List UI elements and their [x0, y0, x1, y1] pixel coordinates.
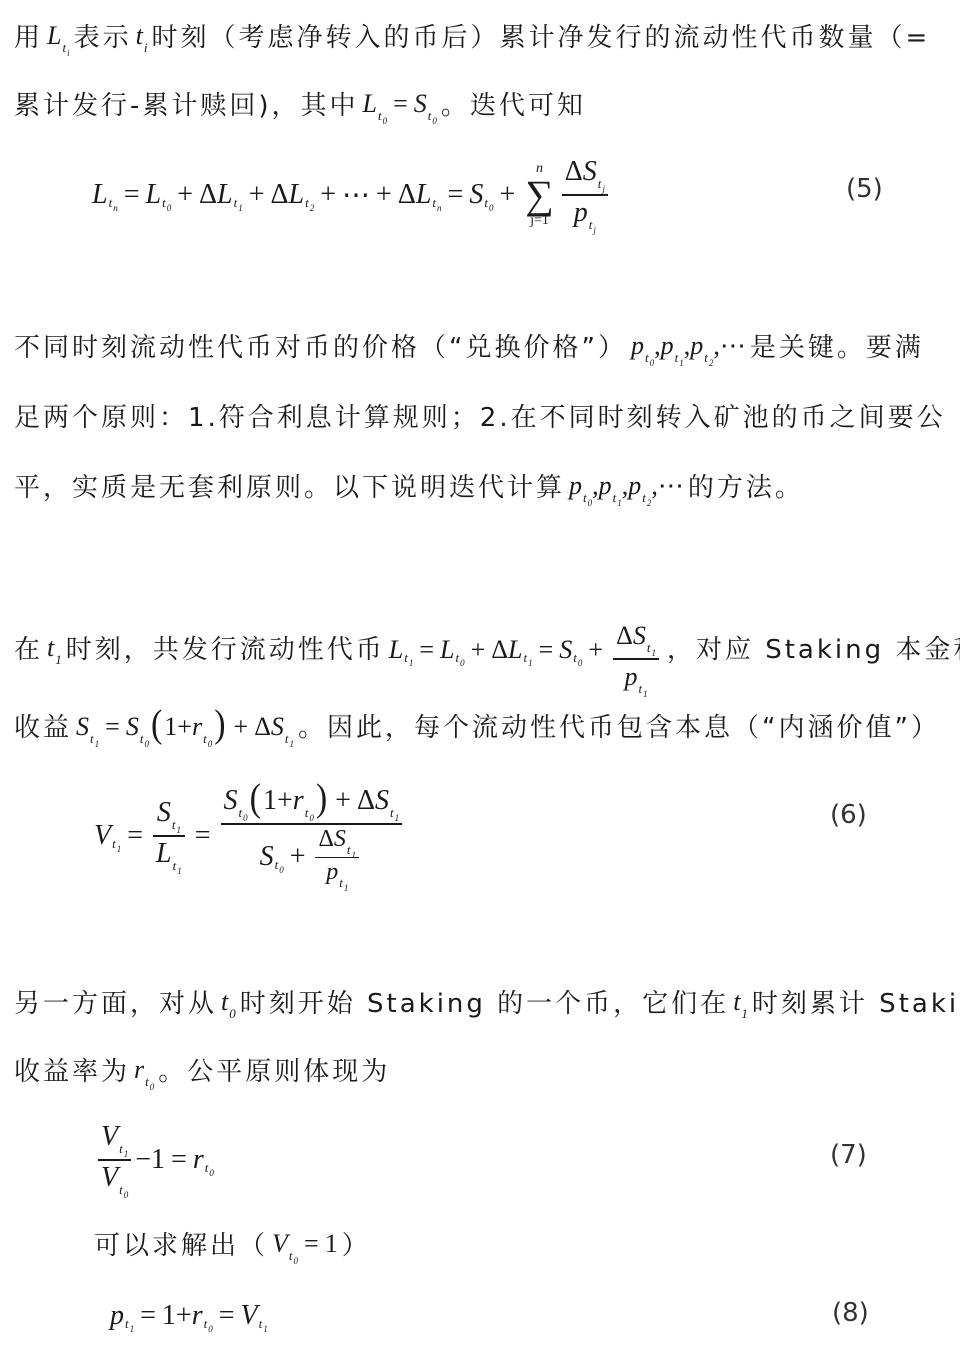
p4-line2: 收益率为 rt0 。公平原则体现为 — [14, 1054, 946, 1090]
math-L-ti: Lti — [47, 18, 70, 59]
math-S-t1: St1 = St0 (1+rt0) + ΔSt1 — [76, 707, 294, 750]
p3-line2: 收益 St1 = St0 (1+rt0) + ΔSt1 。因此，每个流动性代币包… — [14, 710, 946, 746]
math-p-sequence: pt0, pt1, pt2,⋯ — [569, 468, 684, 509]
p5-line: 可以求解出（ Vt0 =1 ） — [94, 1228, 946, 1264]
p2-line1: 不同时刻流动性代币对币的价格（“兑换价格”） pt0, pt1, pt2,⋯ 是… — [14, 330, 946, 366]
p3-line1: 在 t1 时刻，共发行流动性代币 Lt1 = Lt0 + ΔLt1 = St0 … — [14, 620, 946, 680]
equation-7: Vt1 Vt0 −1 = rt0 — [94, 1120, 214, 1200]
equation-number-6: (6) — [830, 800, 867, 830]
math-p-sequence: pt0, pt1, pt2,⋯ — [631, 328, 746, 369]
equation-number-8: (8) — [832, 1298, 869, 1328]
p1-line2: 累计发行-累计赎回)，其中 Lt0 = St0 。迭代可知 — [14, 88, 946, 124]
equation-5: Ltn = Lt0 + ΔLt1 + ΔLt2 + ⋯ + ΔLtn = St0… — [92, 150, 612, 240]
p2-line2: 足两个原则：1.符合利息计算规则；2.在不同时刻转入矿池的币之间要公 — [14, 400, 946, 436]
equation-number-7: (7) — [830, 1140, 867, 1170]
p4-line1: 另一方面，对从 t0 时刻开始 Staking 的一个币，它们在 t1 时刻累计… — [14, 986, 946, 1022]
equation-6: Vt1 = St1 Lt1 = St0 (1+rt0) + ΔSt1 St0 +… — [94, 776, 406, 896]
equation-8: pt1 = 1+rt0 = Vt1 — [110, 1296, 268, 1336]
math-L-t1: Lt1 = Lt0 + ΔLt1 = St0 + ΔSt1 pt1 — [389, 601, 663, 699]
fraction-dS-over-p: ΔStj ptj — [562, 155, 608, 235]
p2-line3: 平，实质是无套利原则。以下说明迭代计算 pt0, pt1, pt2,⋯ 的方法。 — [14, 470, 946, 506]
p1-line1: 用 Lti 表示 ti 时刻（考虑净转入的币后）累计净发行的流动性代币数量（= — [14, 20, 946, 56]
equation-number-5: (5) — [846, 174, 883, 204]
summation: n ∑ j=1 — [525, 162, 554, 228]
math-ti: ti — [136, 18, 148, 58]
math-L-t0-eq-S-t0: Lt0 = St0 — [363, 86, 437, 127]
